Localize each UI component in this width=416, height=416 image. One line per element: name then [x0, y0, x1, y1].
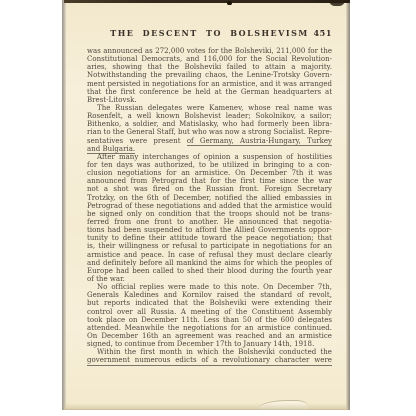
text-line: Generals Kaledines and Kornilov raised t… — [87, 291, 332, 299]
text-line: rian to the General Staff, but who was n… — [87, 128, 332, 136]
text-line: government numerous edicts of a revoluti… — [87, 356, 332, 364]
text-line: is, their willingness or refusal to part… — [87, 242, 332, 250]
text-line: control over all Russia. A meeting of th… — [87, 308, 332, 316]
text-line: announced from Petrograd that for the fi… — [87, 177, 332, 185]
pencil-underline-mark: of Germany, Austria-Hungary, Turkey — [187, 137, 332, 147]
text-line: of the war. — [87, 275, 332, 283]
text-segment: sentatives were present — [87, 137, 187, 145]
text-line: Bithenko, a soldier, and Matislasky, who… — [87, 120, 332, 128]
text-line: After many interchanges of opinion a sus… — [87, 153, 332, 161]
text-line: sentatives were present of Germany, Aust… — [87, 137, 332, 145]
text-line: Within the first month in which the Bols… — [87, 348, 332, 356]
scanned-book-photo: THE DESCENT TO BOLSHEVISM 451 was announ… — [0, 0, 416, 416]
text-line: Brest-Litovsk. — [87, 96, 332, 104]
page-number: 451 — [314, 28, 333, 38]
text-line: tions had been suspended to afford the A… — [87, 226, 332, 234]
text-line: Constitutional Democrats, and 116,000 fo… — [87, 55, 332, 63]
pencil-underline-mark: government numerous edicts of a revoluti… — [87, 356, 332, 366]
page-right-edge — [346, 0, 350, 410]
text-line: tunity to define their attitude toward t… — [87, 234, 332, 242]
text-line: for ten days was authorized, to be utili… — [87, 161, 332, 169]
text-line: but reports indicated that the Bolshevik… — [87, 299, 332, 307]
text-line: be signed only on condition that the tro… — [87, 210, 332, 218]
book-page: THE DESCENT TO BOLSHEVISM 451 was announ… — [62, 0, 350, 410]
text-line: not a shot was fired on the Russian fron… — [87, 185, 332, 193]
page-bottom-edge — [64, 403, 348, 410]
text-line: signed, to continue from December 17th t… — [87, 340, 332, 348]
text-line: ment persisted in negotiations for an ar… — [87, 80, 332, 88]
text-line: was announced as 272,000 votes for the B… — [87, 47, 332, 55]
text-line: attended. Meanwhile the negotiations for… — [87, 324, 332, 332]
text-line: clusion negotiations for an armistice. O… — [87, 169, 332, 177]
page-left-edge — [62, 0, 66, 410]
text-line: aries, showing that the Bolsheviki faile… — [87, 63, 332, 71]
text-line: took place on December 11th. Less than 5… — [87, 316, 332, 324]
page-body-text: was announced as 272,000 votes for the B… — [87, 47, 332, 364]
text-line: On December 16th an agreement was reache… — [87, 332, 332, 340]
running-title: THE DESCENT TO BOLSHEVISM — [110, 28, 308, 38]
text-line: Petrograd of these negotiations and adde… — [87, 202, 332, 210]
text-line: Rosenfelt, a well known Bolshevist leade… — [87, 112, 332, 120]
text-line: Trotzky, on the 6th of December, notifie… — [87, 194, 332, 202]
text-line: No official replies were made to this no… — [87, 283, 332, 291]
text-line: ferred from one front to another. He ann… — [87, 218, 332, 226]
text-column: THE DESCENT TO BOLSHEVISM 451 was announ… — [87, 0, 332, 364]
text-line: Europe had been called to shed their blo… — [87, 267, 332, 275]
text-line: armistice and peace. In case of refusal … — [87, 251, 332, 259]
running-header: THE DESCENT TO BOLSHEVISM 451 — [87, 28, 332, 38]
text-line: that the first conference be held at the… — [87, 88, 332, 96]
text-line: The Russian delegates were Kamenev, whos… — [87, 104, 332, 112]
text-line: and definitely before all mankind the ai… — [87, 259, 332, 267]
text-line: Notwithstanding the prevailing chaos, th… — [87, 71, 332, 79]
